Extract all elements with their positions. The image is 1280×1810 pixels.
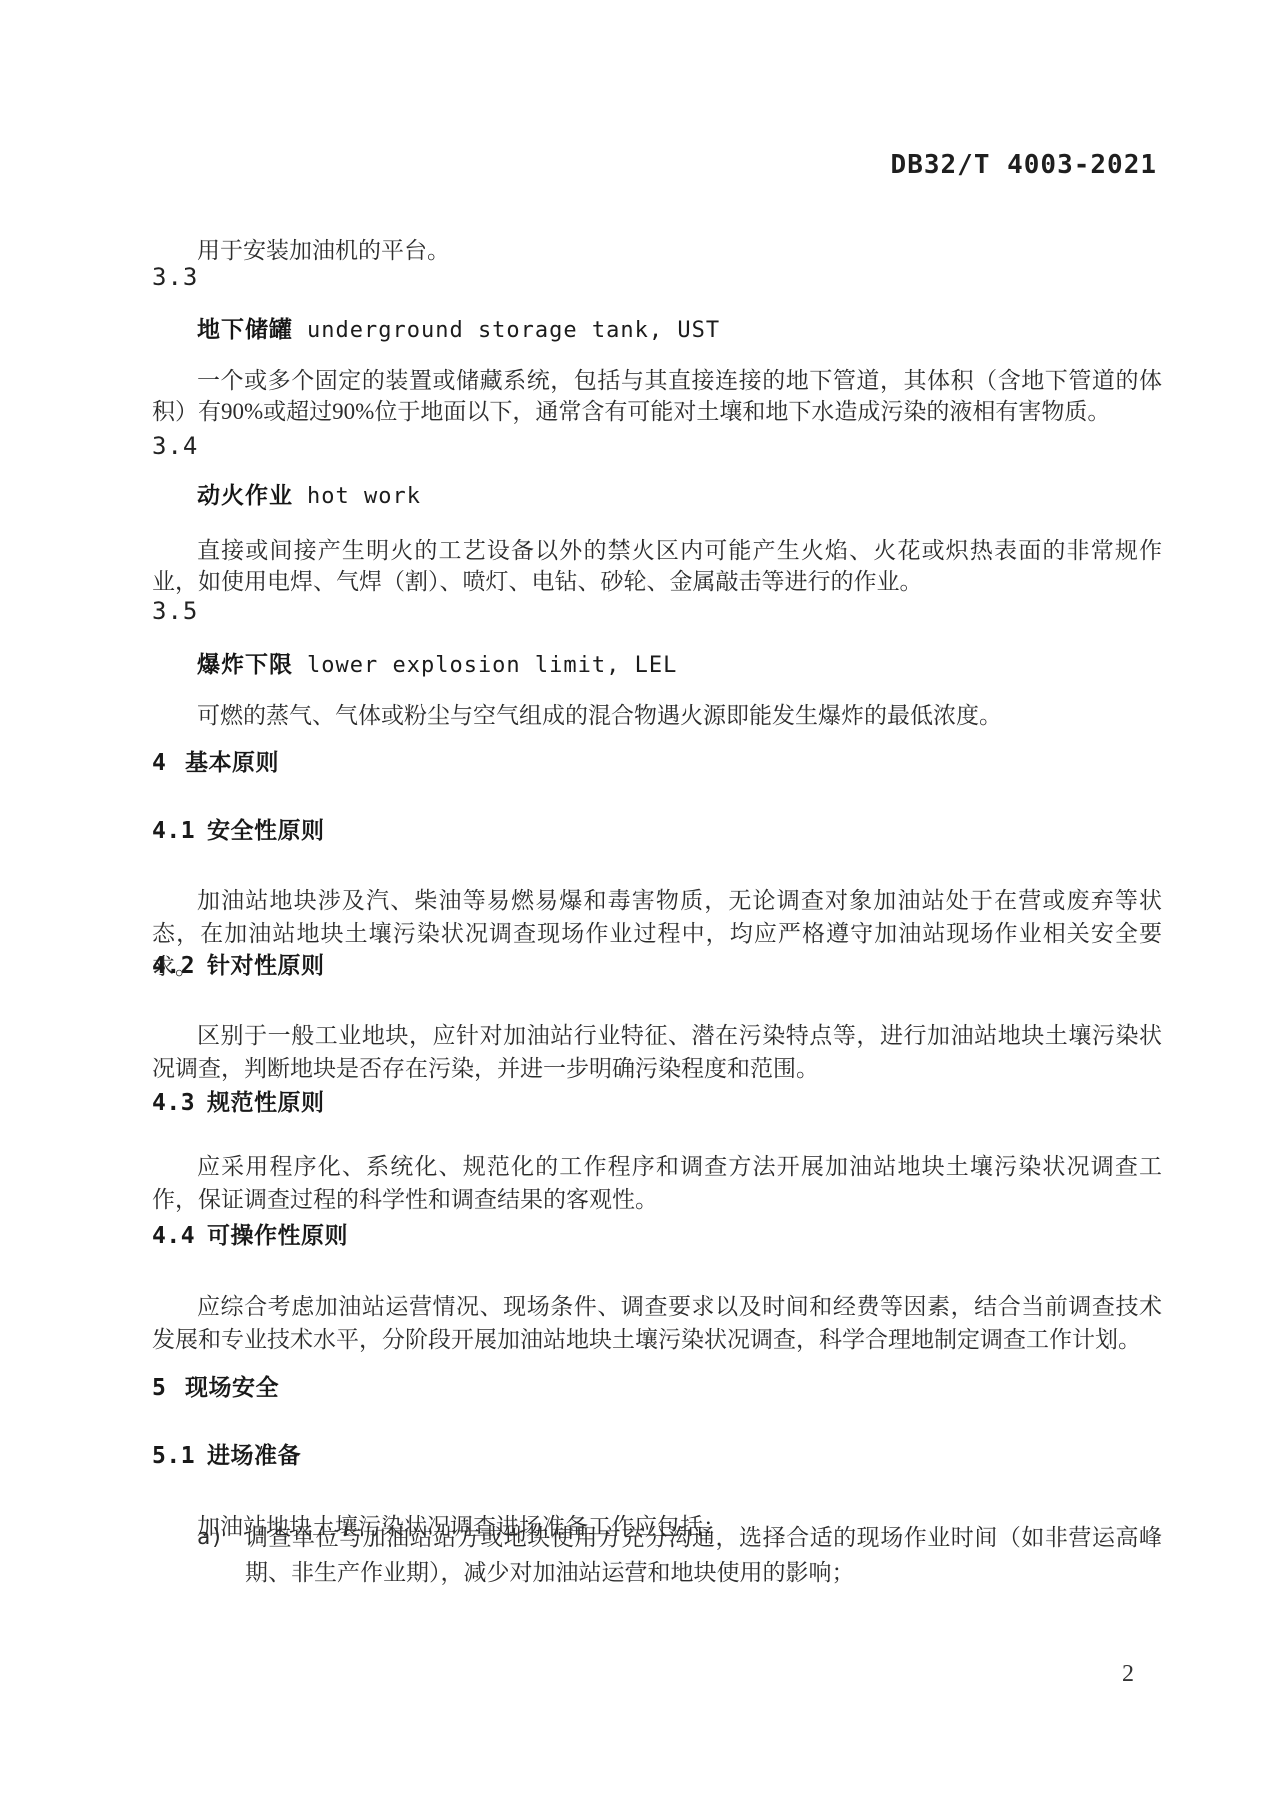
section-number: 5.1 [152, 1443, 207, 1469]
document-page: DB32/T 4003-2021 用于安装加油机的平台。 3.3 地下储罐und… [0, 0, 1280, 1810]
clause-number-3-3: 3.3 [152, 263, 1162, 291]
section-title: 可操作性原则 [207, 1222, 348, 1248]
section-heading-4-3: 4.3规范性原则 [152, 1084, 1162, 1117]
term-zh-lel: 爆炸下限 [197, 651, 293, 677]
section-number: 4.2 [152, 953, 207, 979]
chapter-title: 基本原则 [185, 749, 279, 775]
section-heading-4-1: 4.1安全性原则 [152, 812, 1162, 845]
clause-number-3-5: 3.5 [152, 597, 1162, 625]
standard-code-header: DB32/T 4003-2021 [891, 150, 1157, 180]
term-line-lel: 爆炸下限lower explosion limit, LEL [152, 646, 1162, 679]
chapter-number: 5 [152, 1375, 185, 1401]
term-zh-hot-work: 动火作业 [197, 482, 293, 508]
page-number: 2 [1122, 1661, 1134, 1688]
term-en-ust: underground storage tank, UST [307, 318, 720, 343]
term-line-hot-work: 动火作业hot work [152, 477, 1162, 510]
section-title: 进场准备 [207, 1442, 301, 1468]
section-number: 4.4 [152, 1223, 207, 1249]
term-definition-ust: 一个或多个固定的装置或储藏系统，包括与其直接连接的地下管道，其体积（含地下管道的… [152, 365, 1162, 427]
section-body-4-2: 区别于一般工业地块，应针对加油站行业特征、潜在污染特点等，进行加油站地块土壤污染… [152, 1019, 1162, 1085]
section-heading-4-2: 4.2针对性原则 [152, 947, 1162, 980]
chapter-number: 4 [152, 750, 185, 776]
term-definition-lel: 可燃的蒸气、气体或粉尘与空气组成的混合物遇火源即能发生爆炸的最低浓度。 [152, 700, 1162, 731]
list-item-text: 调查单位与加油站站方或地块使用方充分沟通，选择合适的现场作业时间（如非营运高峰期… [245, 1520, 1162, 1590]
section-number: 4.3 [152, 1090, 207, 1116]
term-en-hot-work: hot work [307, 484, 421, 509]
chapter-heading-4: 4基本原则 [152, 744, 1162, 777]
section-number: 4.1 [152, 818, 207, 844]
term-definition-hot-work: 直接或间接产生明火的工艺设备以外的禁火区内可能产生火焰、火花或炽热表面的非常规作… [152, 535, 1162, 597]
chapter-heading-5: 5现场安全 [152, 1369, 1162, 1402]
term-en-lel: lower explosion limit, LEL [307, 653, 677, 678]
clause-number-3-4: 3.4 [152, 432, 1162, 460]
section-body-4-4: 应综合考虑加油站运营情况、现场条件、调查要求以及时间和经费等因素，结合当前调查技… [152, 1290, 1162, 1356]
term-line-ust: 地下储罐underground storage tank, UST [152, 311, 1162, 344]
chapter-title: 现场安全 [185, 1374, 279, 1400]
section-title: 规范性原则 [207, 1089, 325, 1115]
section-body-4-3: 应采用程序化、系统化、规范化的工作程序和调查方法开展加油站地块土壤污染状况调查工… [152, 1150, 1162, 1216]
section-title: 安全性原则 [207, 817, 325, 843]
list-item-a: a) 调查单位与加油站站方或地块使用方充分沟通，选择合适的现场作业时间（如非营运… [197, 1520, 1162, 1590]
section-heading-5-1: 5.1进场准备 [152, 1437, 1162, 1470]
list-item-marker: a) [197, 1520, 245, 1555]
section-title: 针对性原则 [207, 952, 325, 978]
section-heading-4-4: 4.4可操作性原则 [152, 1217, 1162, 1250]
term-zh-ust: 地下储罐 [197, 316, 293, 342]
